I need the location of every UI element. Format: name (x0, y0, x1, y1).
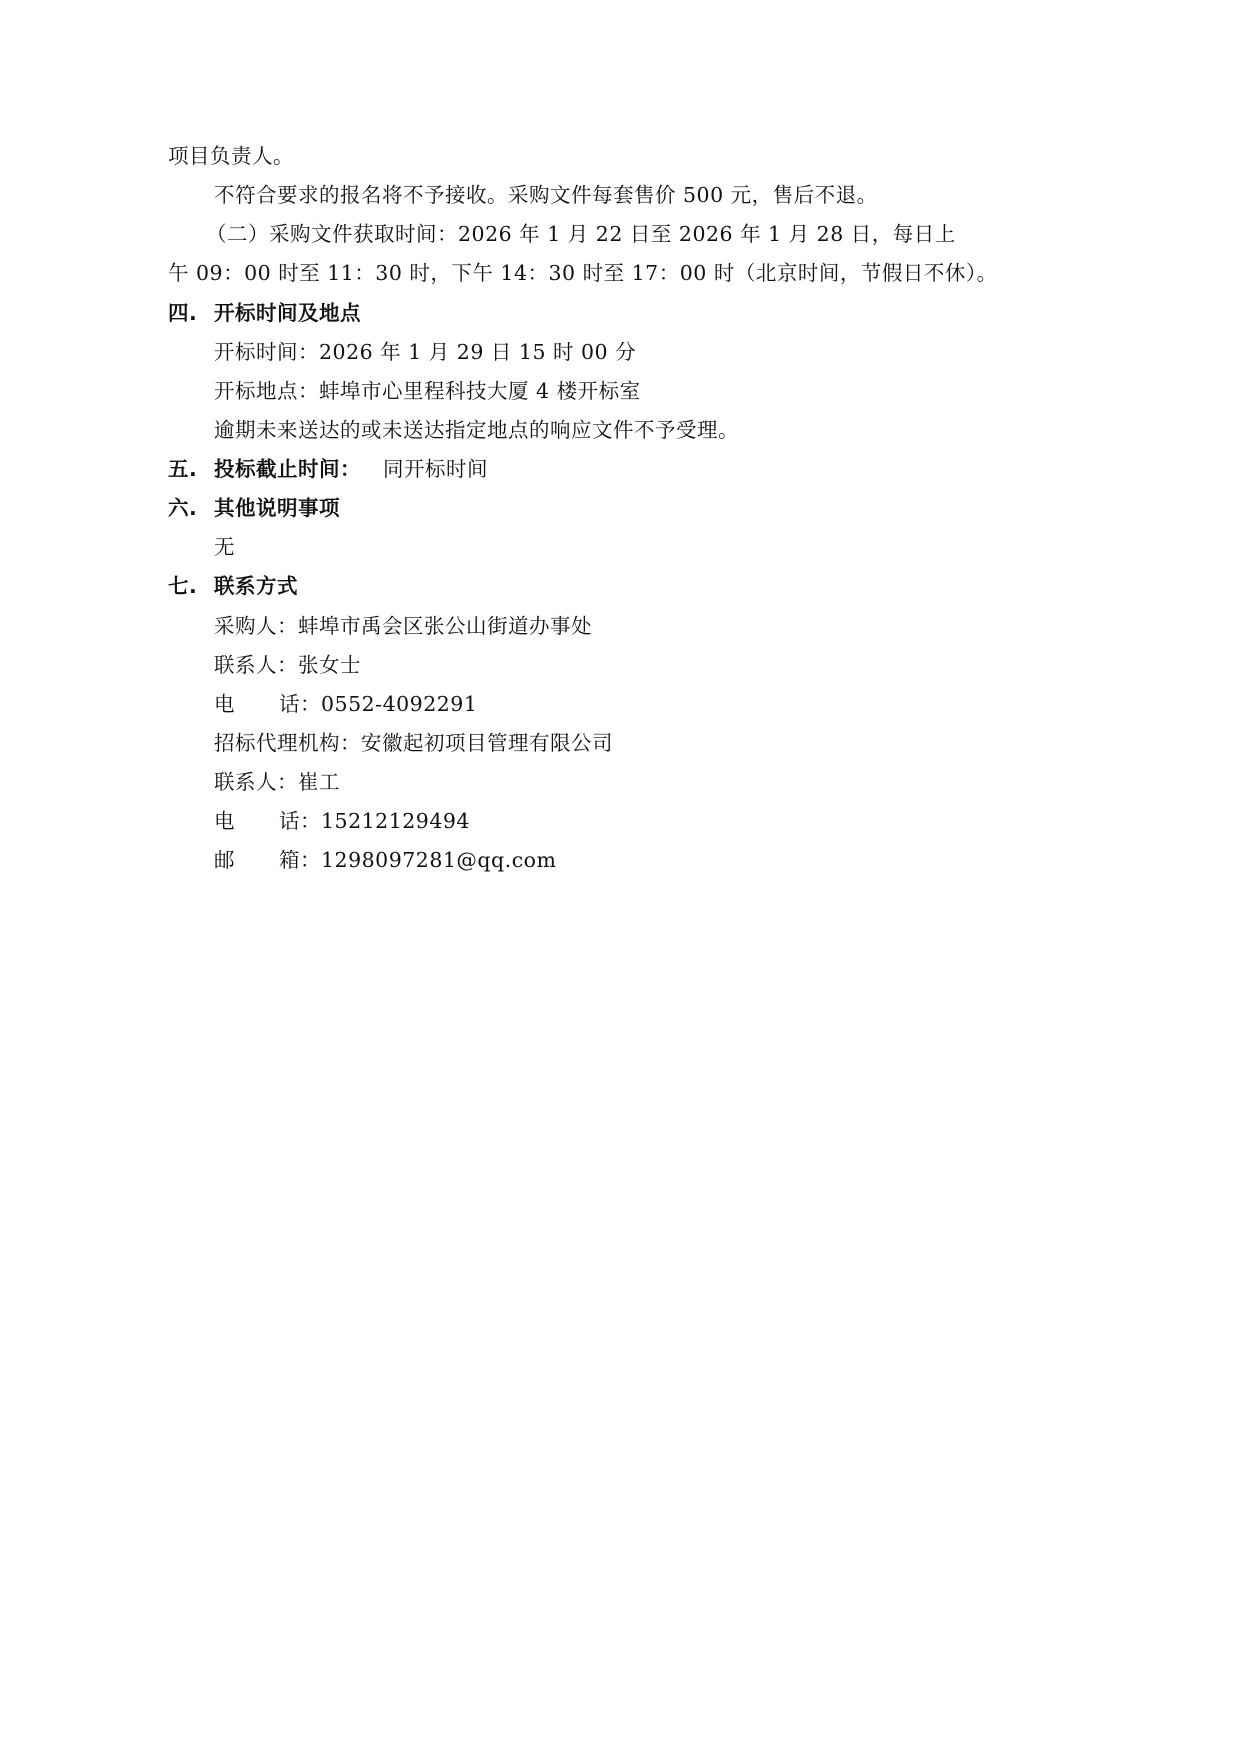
agency-phone-row: 电话：15212129494 (214, 808, 470, 834)
text-line: （二）采购文件获取时间：2026 年 1 月 22 日至 2026 年 1 月 … (206, 221, 956, 247)
label: 电 (214, 692, 235, 716)
purchaser-contact: 联系人：张女士 (214, 652, 361, 678)
bid-opening-place: 开标地点：蚌埠市心里程科技大厦 4 楼开标室 (214, 378, 641, 404)
text-line: 项目负责人。 (168, 143, 294, 169)
label: 电 (214, 809, 235, 833)
other-notes-value: 无 (214, 534, 235, 560)
section-number: 五. (168, 456, 214, 482)
purchaser-phone-row: 电话：0552-4092291 (214, 691, 477, 717)
label: 话： (279, 809, 321, 833)
label: 箱： (279, 848, 321, 872)
section-heading-7: 七.联系方式 (168, 573, 298, 599)
section-heading-4: 四.开标时间及地点 (168, 300, 361, 326)
text-line: 午 09：00 时至 11：30 时，下午 14：30 时至 17：00 时（北… (168, 260, 998, 286)
section-title: 其他说明事项 (214, 496, 340, 520)
section-title: 投标截止时间： (214, 457, 361, 481)
section-title: 开标时间及地点 (214, 301, 361, 325)
email-row: 邮箱：1298097281@qq.com (214, 847, 556, 873)
agency-phone: 15212129494 (321, 809, 470, 833)
text-line: 不符合要求的报名将不予接收。采购文件每套售价 500 元，售后不退。 (214, 182, 878, 208)
section-heading-5: 五.投标截止时间：同开标时间 (168, 456, 488, 482)
purchaser-phone: 0552-4092291 (321, 692, 477, 716)
section-number: 四. (168, 300, 214, 326)
label: 话： (279, 692, 321, 716)
agency-contact: 联系人：崔工 (214, 769, 340, 795)
document-page: 项目负责人。 不符合要求的报名将不予接收。采购文件每套售价 500 元，售后不退… (0, 0, 1241, 1754)
section-value: 同开标时间 (383, 457, 488, 481)
late-submission-note: 逾期未来送达的或未送达指定地点的响应文件不予受理。 (214, 417, 739, 443)
section-number: 六. (168, 495, 214, 521)
section-title: 联系方式 (214, 574, 298, 598)
purchaser: 采购人：蚌埠市禹会区张公山街道办事处 (214, 613, 592, 639)
section-number: 七. (168, 573, 214, 599)
agency: 招标代理机构：安徽起初项目管理有限公司 (214, 730, 613, 756)
bid-opening-time: 开标时间：2026 年 1 月 29 日 15 时 00 分 (214, 339, 636, 365)
section-heading-6: 六.其他说明事项 (168, 495, 340, 521)
email: 1298097281@qq.com (321, 848, 556, 872)
label: 邮 (214, 848, 235, 872)
